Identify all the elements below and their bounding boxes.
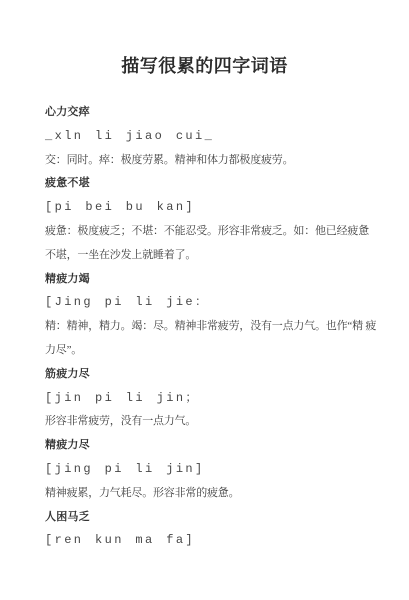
entry-word: 疲惫不堪 <box>45 172 370 196</box>
entry-definition-line: 不堪，一坐在沙发上就睡着了。 <box>45 244 370 268</box>
entry-pinyin: _xln li jiao cui_ <box>45 125 370 149</box>
entry-definition-line: 形容非常疲劳，没有一点力气。 <box>45 410 370 434</box>
document-page: 描写很累的四字词语 心力交瘁 _xln li jiao cui_ 交：同时。瘁：… <box>0 0 409 600</box>
entry-word: 人困马乏 <box>45 506 370 530</box>
entry-pinyin: [jing pi li jin] <box>45 458 370 482</box>
page-title: 描写很累的四字词语 <box>0 52 409 78</box>
entry-pinyin: [ren kun ma fa] <box>45 529 370 553</box>
entry-pinyin: [Jing pi li jie： <box>45 291 370 315</box>
entry-definition-line: 精：精神，精力。竭：尽。精神非常疲劳，没有一点力气。也作“精 疲 <box>45 315 370 339</box>
entry-pinyin: [jin pi li jin； <box>45 387 370 411</box>
entry-definition-line: 疲惫：极度疲乏；不堪：不能忍受。形容非常疲乏。如：他已经疲惫 <box>45 220 370 244</box>
word-entry: 疲惫不堪 [pi bei bu kan] 疲惫：极度疲乏；不堪：不能忍受。形容非… <box>45 172 370 267</box>
entry-word: 心力交瘁 <box>45 101 370 125</box>
entry-definition-line: 精神疲累，力气耗尽。形容非常的疲惫。 <box>45 482 370 506</box>
entry-definition-line: 力尽”。 <box>45 339 370 363</box>
word-entry: 精疲力竭 [Jing pi li jie： 精：精神，精力。竭：尽。精神非常疲劳… <box>45 268 370 363</box>
entry-word: 筋疲力尽 <box>45 363 370 387</box>
word-entry: 心力交瘁 _xln li jiao cui_ 交：同时。瘁：极度劳累。精神和体力… <box>45 101 370 172</box>
entry-word: 精疲力竭 <box>45 268 370 292</box>
entry-word: 精疲力尽 <box>45 434 370 458</box>
word-entry: 筋疲力尽 [jin pi li jin； 形容非常疲劳，没有一点力气。 <box>45 363 370 434</box>
document-body: 心力交瘁 _xln li jiao cui_ 交：同时。瘁：极度劳累。精神和体力… <box>45 101 370 553</box>
word-entry: 精疲力尽 [jing pi li jin] 精神疲累，力气耗尽。形容非常的疲惫。 <box>45 434 370 505</box>
entry-pinyin: [pi bei bu kan] <box>45 196 370 220</box>
entry-definition-line: 交：同时。瘁：极度劳累。精神和体力都极度疲劳。 <box>45 149 370 173</box>
word-entry: 人困马乏 [ren kun ma fa] <box>45 506 370 554</box>
